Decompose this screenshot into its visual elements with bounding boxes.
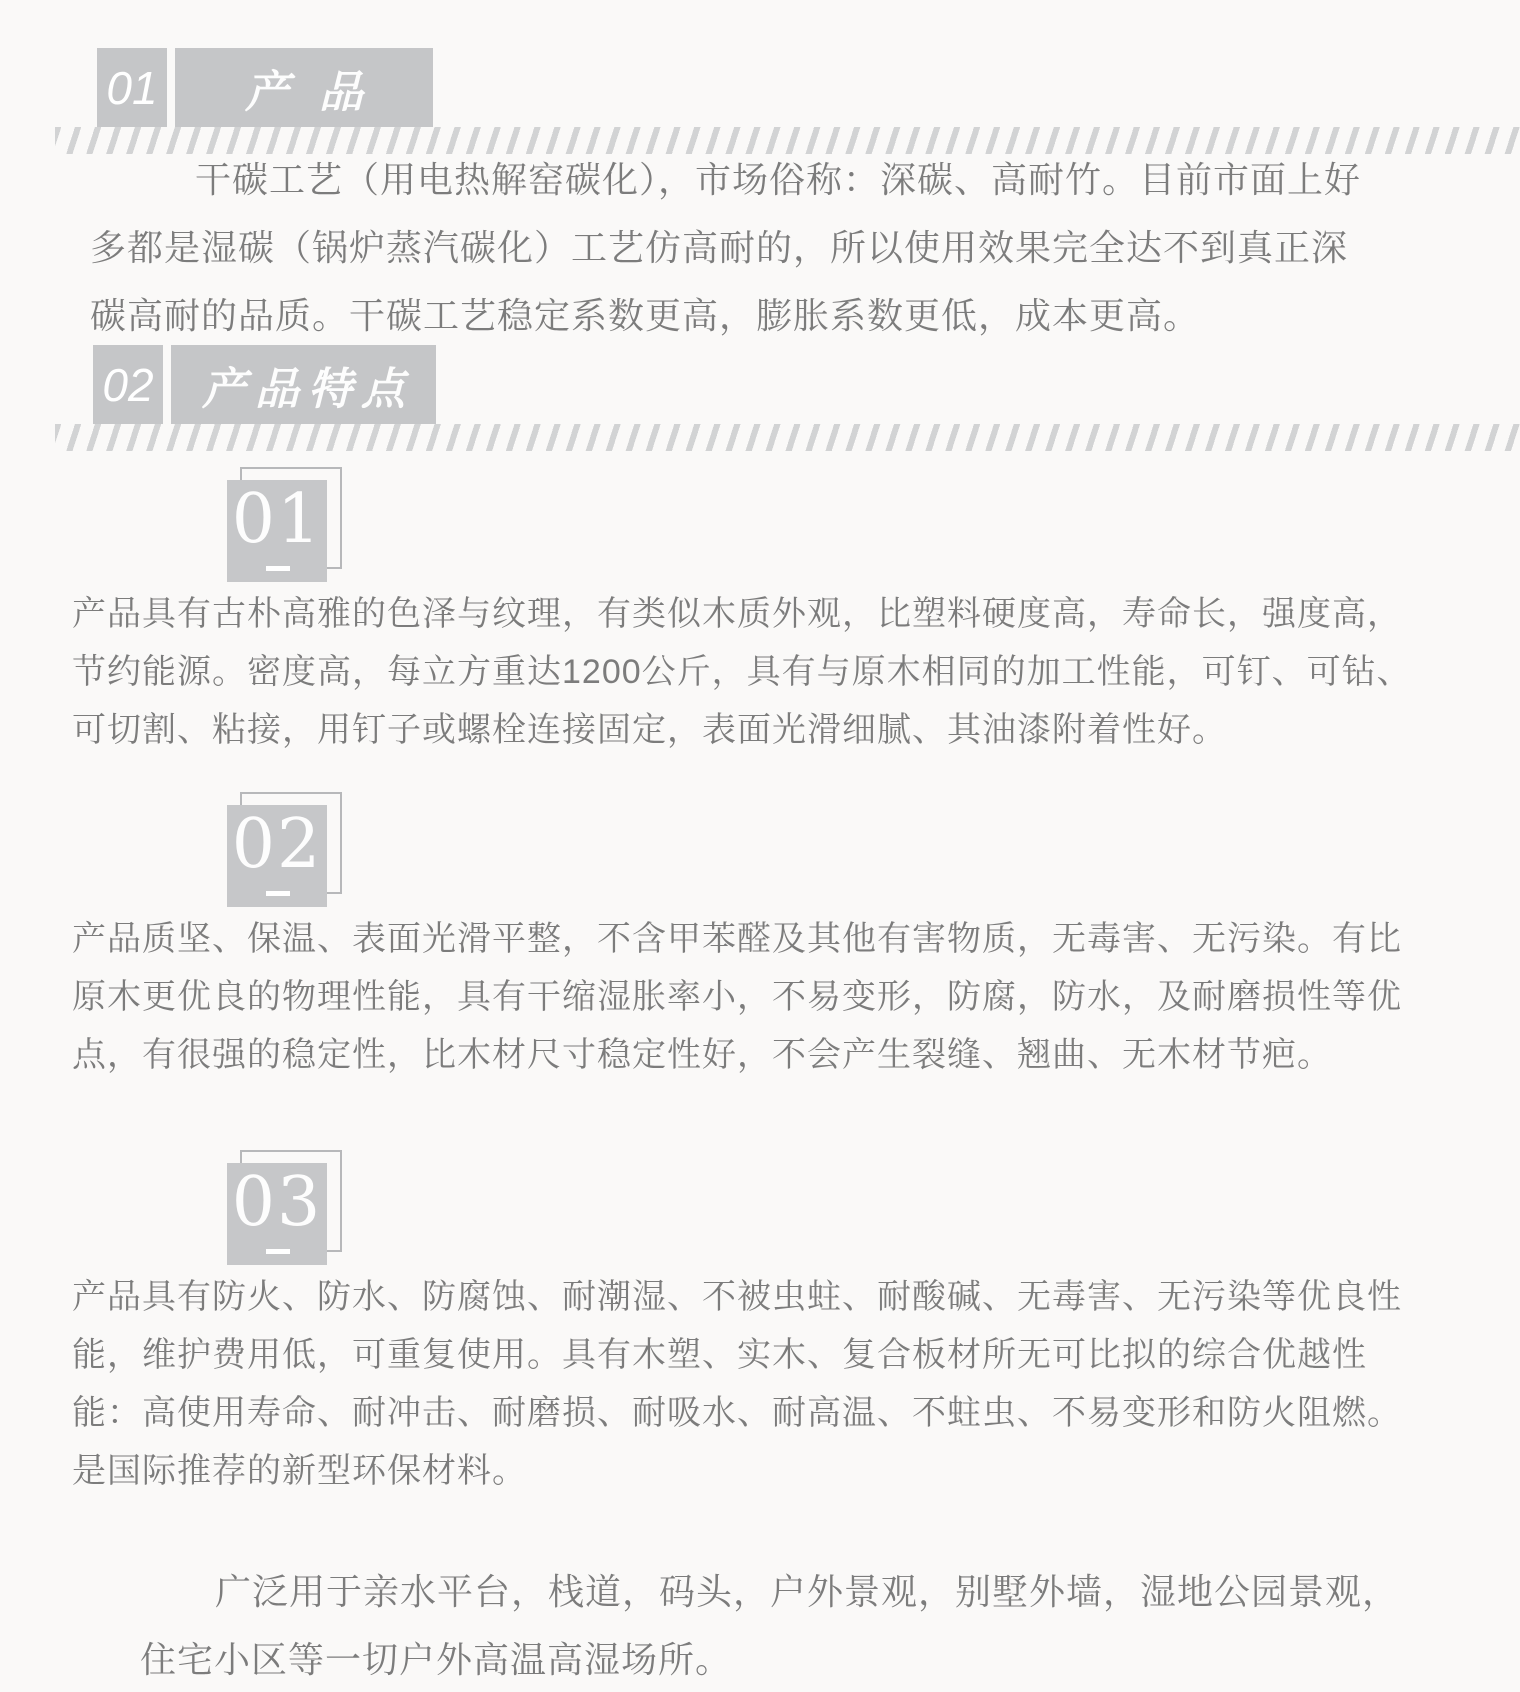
section-2-number: 02	[93, 345, 163, 424]
hatch-divider	[55, 424, 1520, 451]
section-1-number: 01	[97, 48, 167, 127]
closing-paragraph: 广泛用于亲水平台，栈道，码头，户外景观，别墅外墙，湿地公园景观， 住宅小区等一切…	[140, 1558, 1490, 1692]
intro-paragraph: 干碳工艺（用电热解窑碳化），市场俗称：深碳、高耐竹。目前市面上好 多都是湿碳（锅…	[90, 146, 1480, 350]
section-1-title: 产品	[175, 48, 433, 127]
badge-gray-square: 03	[227, 1163, 327, 1265]
badge-dash	[266, 1249, 290, 1254]
feature-2-paragraph: 产品质坚、保温、表面光滑平整，不含甲苯醛及其他有害物质，无毒害、无污染。有比 原…	[72, 910, 1472, 1084]
badge-dash	[266, 891, 290, 896]
feature-2-number: 02	[232, 805, 323, 885]
feature-2-badge: 02	[227, 792, 342, 909]
feature-1-number: 01	[232, 480, 323, 560]
badge-gray-square: 02	[227, 805, 327, 907]
section-2-title: 产品特点	[171, 345, 436, 424]
feature-3-number: 03	[232, 1163, 323, 1243]
feature-3-badge: 03	[227, 1150, 342, 1267]
badge-dash	[266, 566, 290, 571]
badge-gray-square: 01	[227, 480, 327, 582]
feature-3-paragraph: 产品具有防火、防水、防腐蚀、耐潮湿、不被虫蛀、耐酸碱、无毒害、无污染等优良性 能…	[72, 1268, 1472, 1500]
feature-1-paragraph: 产品具有古朴高雅的色泽与纹理，有类似木质外观，比塑料硬度高，寿命长，强度高， 节…	[72, 585, 1472, 759]
feature-1-badge: 01	[227, 467, 342, 584]
